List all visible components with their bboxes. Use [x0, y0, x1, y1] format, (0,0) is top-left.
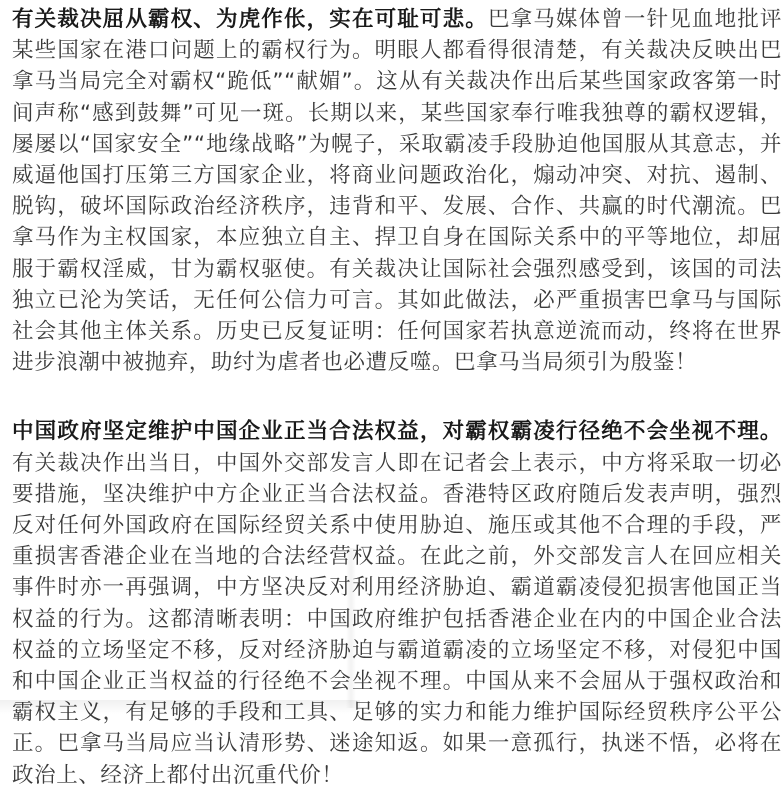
- paragraph-2-body: 有关裁决作出当日，中国外交部发言人即在记者会上表示，中方将采取一切必要措施，坚决…: [12, 451, 782, 788]
- paragraph-spacer: [12, 378, 782, 416]
- paragraph-2: 中国政府坚定维护中国企业正当合法权益，对霸权霸凌行径绝不会坐视不理。有关裁决作出…: [12, 416, 782, 790]
- paragraph-1-lead: 有关裁决屈从霸权、为虎作伥，实在可耻可悲。: [12, 7, 488, 32]
- article-body: 有关裁决屈从霸权、为虎作伥，实在可耻可悲。巴拿马媒体曾一针见血地批评某些国家在港…: [12, 4, 782, 791]
- paragraph-2-lead: 中国政府坚定维护中国企业正当合法权益，对霸权霸凌行径绝不会坐视不理。: [12, 419, 782, 444]
- paragraph-1: 有关裁决屈从霸权、为虎作伥，实在可耻可悲。巴拿马媒体曾一针见血地批评某些国家在港…: [12, 4, 782, 378]
- paragraph-1-body: 巴拿马媒体曾一针见血地批评某些国家在港口问题上的霸权行为。明眼人都看得很清楚，有…: [12, 7, 782, 375]
